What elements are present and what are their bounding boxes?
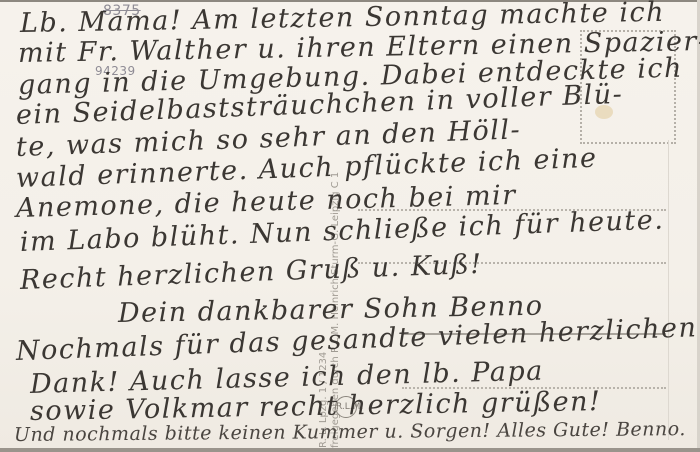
handwriting-line-9: Recht herzlichen Gruß u. Kuß! bbox=[19, 249, 483, 296]
card-divider-line bbox=[668, 140, 669, 440]
handwriting-line-postscript: Und nochmals bitte keinen Kummer u. Sorg… bbox=[14, 418, 686, 446]
postcard-back: 8375 94239 R. L. Lpzg. 1 / 1234 freigege… bbox=[0, 0, 700, 452]
card-edge-bottom bbox=[0, 448, 700, 452]
